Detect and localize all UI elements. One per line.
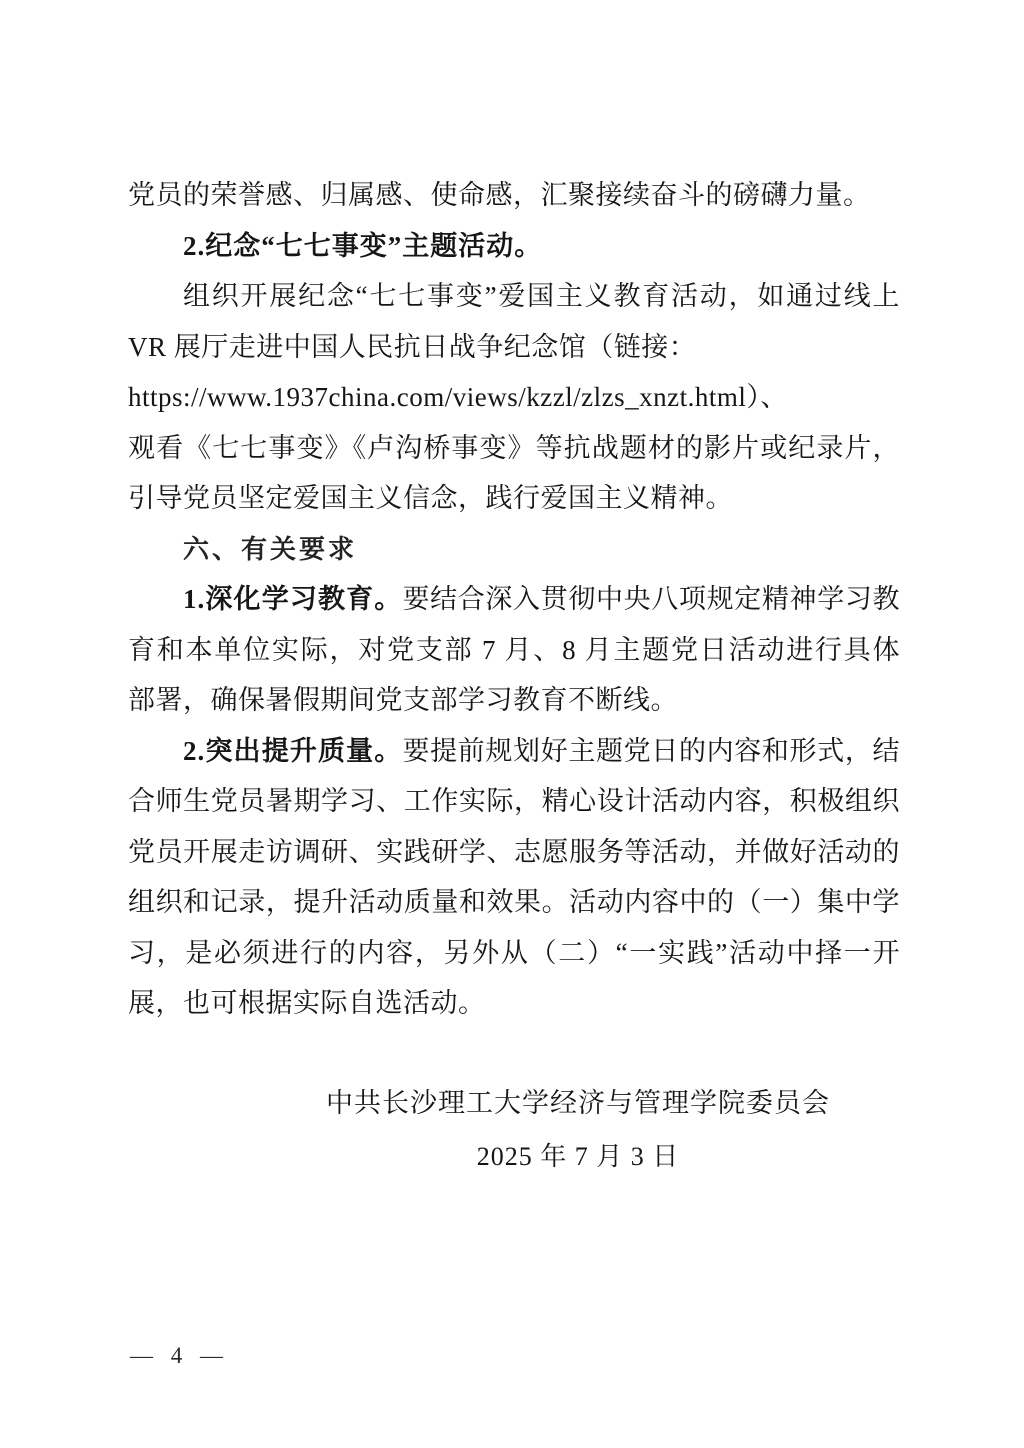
document-body: 党员的荣誉感、归属感、使命感，汇聚接续奋斗的磅礴力量。2.纪念“七七事变”主题活… (128, 170, 900, 1029)
doc-line: 合师生党员暑期学习、工作实际，精心设计活动内容，积极组织 (128, 776, 900, 827)
doc-line: 1.深化学习教育。要结合深入贯彻中央八项规定精神学习教 (128, 574, 900, 625)
doc-line: 引导党员坚定爱国主义信念，践行爱国主义精神。 (128, 473, 900, 524)
document-page: 党员的荣誉感、归属感、使命感，汇聚接续奋斗的磅礴力量。2.纪念“七七事变”主题活… (0, 0, 1024, 1448)
doc-line: 组织和记录，提升活动质量和效果。活动内容中的（一）集中学 (128, 877, 900, 928)
bold-lead: 2.纪念“七七事变”主题活动。 (183, 231, 542, 261)
doc-line: VR 展厅走进中国人民抗日战争纪念馆（链接： (128, 322, 900, 373)
doc-line: 展，也可根据实际自选活动。 (128, 978, 900, 1029)
doc-line: 组织开展纪念“七七事变”爱国主义教育活动，如通过线上 (128, 271, 900, 322)
doc-line: https://www.1937china.com/views/kzzl/zlz… (128, 372, 900, 423)
subsection-heading: 2.纪念“七七事变”主题活动。 (128, 221, 900, 272)
signature-date: 2025 年 7 月 3 日 (192, 1132, 964, 1182)
doc-line: 习，是必须进行的内容，另外从（二）“一实践”活动中择一开 (128, 928, 900, 979)
section-heading: 六、有关要求 (128, 524, 900, 575)
doc-line: 2.突出提升质量。要提前规划好主题党日的内容和形式，结 (128, 726, 900, 777)
bold-lead: 1.深化学习教育。 (183, 584, 402, 614)
doc-line: 党员开展走访调研、实践研学、志愿服务等活动，并做好活动的 (128, 827, 900, 878)
signature-committee: 中共长沙理工大学经济与管理学院委员会 (192, 1078, 964, 1128)
doc-line: 育和本单位实际，对党支部 7 月、8 月主题党日活动进行具体 (128, 625, 900, 676)
doc-line: 观看《七七事变》《卢沟桥事变》等抗战题材的影片或纪录片， (128, 423, 900, 474)
doc-line: 部署，确保暑假期间党支部学习教育不断线。 (128, 675, 900, 726)
bold-lead: 2.突出提升质量。 (183, 736, 402, 766)
page-number: — 4 — (130, 1338, 229, 1374)
doc-line: 党员的荣誉感、归属感、使命感，汇聚接续奋斗的磅礴力量。 (128, 170, 900, 221)
